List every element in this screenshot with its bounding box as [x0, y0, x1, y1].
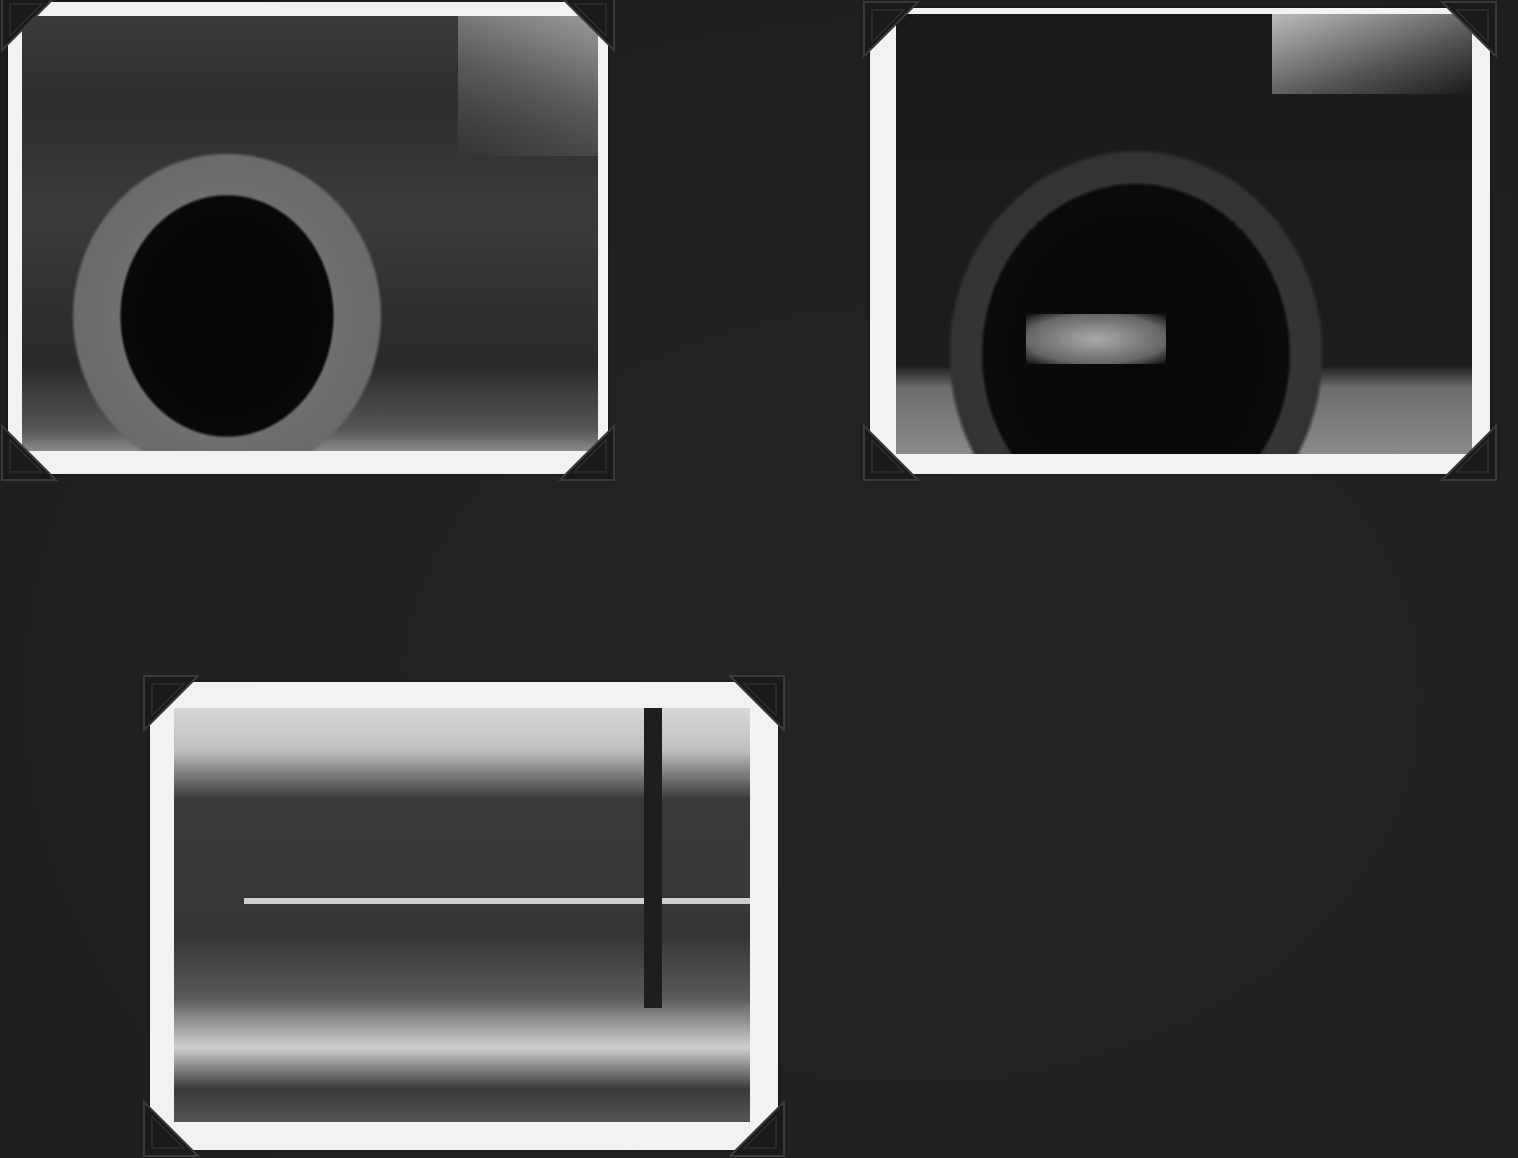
photo-corner-mount-icon — [726, 672, 788, 734]
photo-image — [896, 14, 1472, 454]
photo-tunnel-arch — [8, 2, 608, 474]
photo-corner-mount-icon — [0, 422, 60, 484]
photo-bridge-snow — [150, 682, 778, 1150]
photo-corner-mount-icon — [726, 1098, 788, 1158]
photo-corner-mount-icon — [556, 0, 618, 54]
photo-corner-mount-icon — [140, 1098, 202, 1158]
album-page — [0, 0, 1518, 1158]
photo-corner-mount-icon — [0, 0, 60, 54]
photo-corner-mount-icon — [1438, 0, 1500, 60]
photo-underpass-arch — [870, 8, 1490, 474]
photo-corner-mount-icon — [860, 0, 922, 60]
photo-image — [22, 16, 598, 451]
photo-corner-mount-icon — [860, 422, 922, 484]
photo-image — [174, 708, 750, 1122]
photo-corner-mount-icon — [140, 672, 202, 734]
photo-corner-mount-icon — [556, 422, 618, 484]
photo-corner-mount-icon — [1438, 422, 1500, 484]
